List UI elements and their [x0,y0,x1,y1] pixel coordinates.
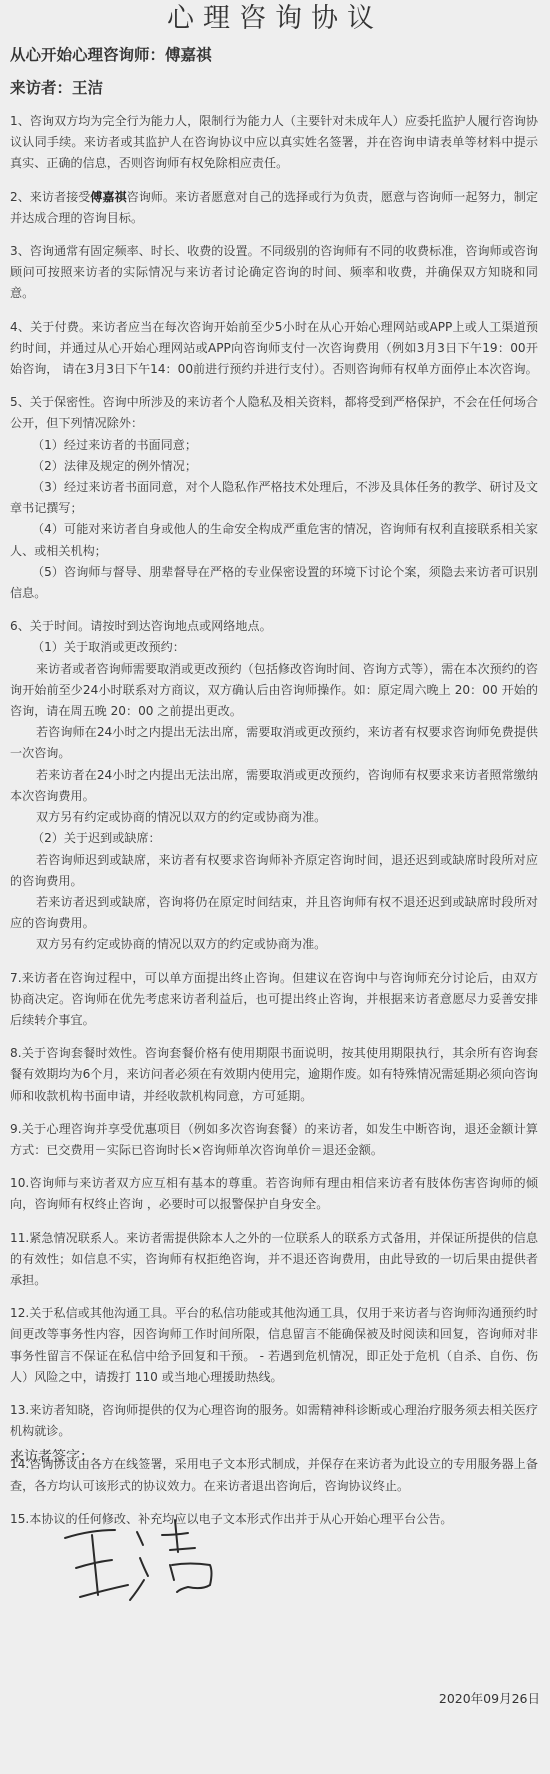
clause-13: 13.来访者知晓，咨询师提供的仅为心理咨询的服务。如需精神科诊断或心理治疗服务须… [10,1400,538,1442]
clause-5-item-1: （1）经过来访者的书面同意； [10,435,538,456]
signing-date: 2020年09月26日 [439,1690,540,1708]
handwritten-signature: 王洁 [60,1510,240,1610]
clause-5-item-3: （3）经过来访者书面同意，对个人隐私作严格技术处理后，不涉及具体任务的教学、研讨… [10,477,538,519]
clause-6-intro: 6、关于时间。请按时到达咨询地点或网络地点。 [10,616,538,637]
clause-6-sub1-para-1: 来访者或者咨询师需要取消或更改预约（包括修改咨询时间、咨询方式等），需在本次预约… [10,659,538,723]
agreement-clauses: 1、咨询双方均为完全行为能力人，限制行为能力人（主要针对未成年人）应委托监护人履… [0,111,550,1542]
clause-8: 8.关于咨询套餐时效性。咨询套餐价格有使用期限书面说明，按其使用期限执行，其余所… [10,1043,538,1107]
clause-6-sub2-para-2: 若来访者迟到或缺席，咨询将仍在原定时间结束，并且咨询师有权不退还迟到或缺席时段所… [10,892,538,934]
clause-6-sub1-para-4: 双方另有约定或协商的情况以双方的约定或协商为准。 [10,807,538,828]
clause-9: 9.关于心理咨询并享受优惠项目（例如多次咨询套餐）的来访者，如发生中断咨询，退还… [10,1119,538,1161]
clause-2: 2、来访者接受傅嘉祺咨询师。来访者愿意对自己的选择或行为负责，愿意与咨询师一起努… [10,187,538,229]
clause-6-sub1-para-2: 若咨询师在24小时之内提出无法出席，需要取消或更改预约，来访者有权要求咨询师免费… [10,722,538,764]
visitor-line: 来访者：王洁 [10,77,103,99]
document-title: 心理咨询协议 [0,2,550,36]
clause-6-sub1-title: （1）关于取消或更改预约： [10,637,538,658]
clause-5-item-4: （4）可能对来访者自身或他人的生命安全构成严重危害的情况，咨询师有权利直接联系相… [10,519,538,561]
clause-6-sub2-para-1: 若咨询师迟到或缺席，来访者有权要求咨询师补齐原定咨询时间，退还迟到或缺席时段所对… [10,850,538,892]
clause-12: 12.关于私信或其他沟通工具。平台的私信功能或其他沟通工具，仅用于来访者与咨询师… [10,1303,538,1388]
clause-5-item-2: （2）法律及规定的例外情况； [10,456,538,477]
clause-11: 11.紧急情况联系人。来访者需提供除本人之外的一位联系人的联系方式备用，并保证所… [10,1228,538,1292]
clause-10: 10.咨询师与来访者双方应互相有基本的尊重。若咨询师有理由相信来访者有肢体伤害咨… [10,1173,538,1215]
counselor-line: 从心开始心理咨询师：傅嘉祺 [10,44,212,66]
clause-1: 1、咨询双方均为完全行为能力人，限制行为能力人（主要针对未成年人）应委托监护人履… [10,111,538,175]
counselor-name: 傅嘉祺 [90,190,126,204]
clause-6-sub2-title: （2）关于迟到或缺席： [10,828,538,849]
clause-6-sub1-para-3: 若来访者在24小时之内提出无法出席，需要取消或更改预约，咨询师有权要求来访者照常… [10,765,538,807]
clause-6-sub2-para-3: 双方另有约定或协商的情况以双方的约定或协商为准。 [10,934,538,955]
clause-3: 3、咨询通常有固定频率、时长、收费的设置。不同级别的咨询师有不同的收费标准，咨询… [10,241,538,305]
clause-5-intro: 5、关于保密性。咨询中所涉及的来访者个人隐私及相关资料，都将受到严格保护，不会在… [10,392,538,434]
clause-4: 4、关于付费。来访者应当在每次咨询开始前至少5小时在从心开始心理网站或APP上或… [10,317,538,381]
clause-5-item-5: （5）咨询师与督导、朋辈督导在严格的专业保密设置的环境下讨论个案，须隐去来访者可… [10,562,538,604]
signature-label: 来访者签字： [10,1447,94,1467]
clause-7: 7.来访者在咨询过程中，可以单方面提出终止咨询。但建议在咨询中与咨询师充分讨论后… [10,968,538,1032]
clause-2-prefix: 2、来访者接受 [10,190,90,204]
